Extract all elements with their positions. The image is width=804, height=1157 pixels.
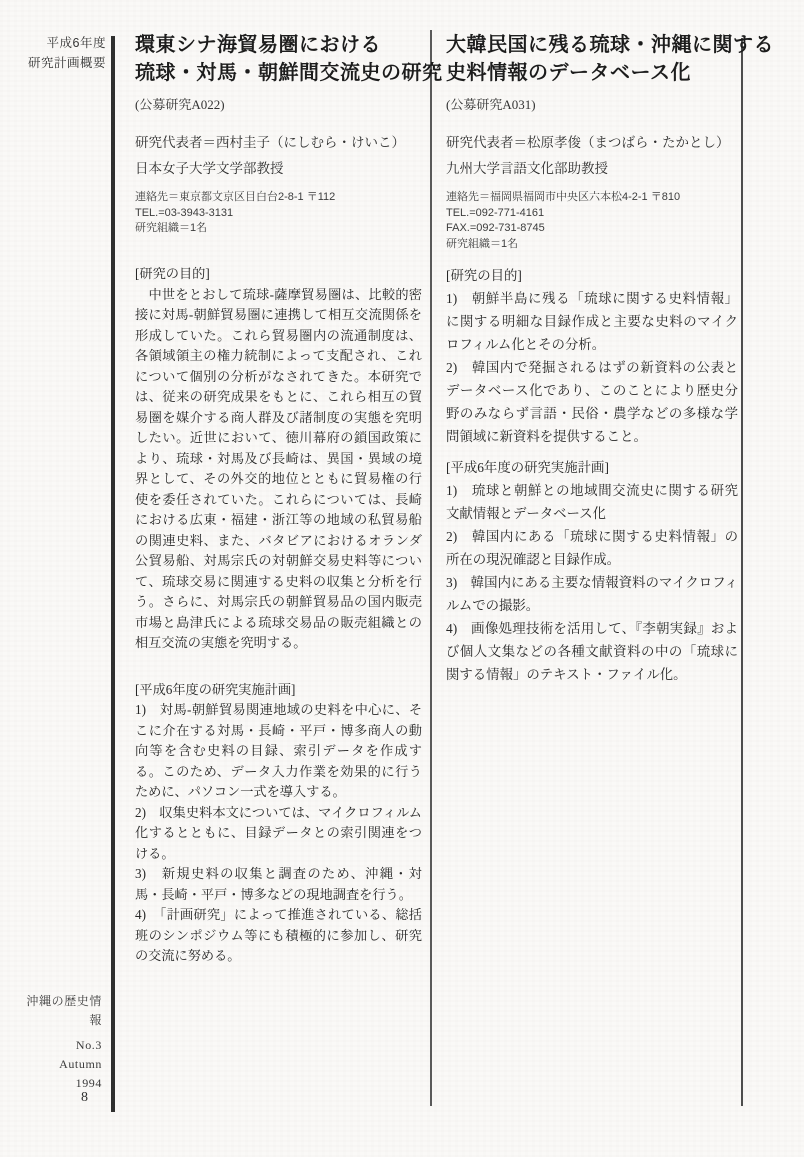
plan-item: 4) 「計画研究」によって推進されている、総括班のシンポジウム等にも積極的に参加…	[135, 905, 422, 967]
article-right-section-plan: [平成6年度の研究実施計画] 1) 琉球と朝鮮との地域間交流史に関する研究文献情…	[446, 456, 738, 686]
article-right-tel: TEL.=092-771-4161	[446, 206, 738, 222]
article-right: 大韓民国に残る琉球・沖縄に関する 史料情報のデータベース化 (公募研究A031)…	[446, 0, 738, 1157]
paragraph: 中世をとおして琉球-薩摩貿易圏は、比較的密接に対馬-朝鮮貿易圏に連携して相互交流…	[135, 285, 422, 654]
plan-item: 2) 収集史料本文については、マイクロフィルム化するとともに、目録データとの索引…	[135, 803, 422, 865]
article-left-title: 環東シナ海貿易圏における 琉球・対馬・朝鮮間交流史の研究	[135, 31, 422, 87]
purpose-item: 1) 朝鮮半島に残る「琉球に関する史料情報」に関する明細な目録作成と主要な史料の…	[446, 287, 738, 356]
article-left-title-line1: 環東シナ海貿易圏における	[135, 31, 422, 59]
footer-issue: No.3	[16, 1036, 102, 1055]
vertical-rule-left	[111, 36, 115, 1112]
article-right-header: 大韓民国に残る琉球・沖縄に関する 史料情報のデータベース化 (公募研究A031)…	[446, 31, 738, 252]
plan-item: 2) 韓国内にある「琉球に関する史料情報」の所在の現況確認と目録作成。	[446, 525, 738, 571]
article-right-fax: FAX.=092-731-8745	[446, 221, 738, 237]
section-heading: [研究の目的]	[446, 264, 738, 287]
purpose-item: 2) 韓国内で発掘されるはずの新資料の公表とデータベース化であり、このことにより…	[446, 356, 738, 448]
margin-header: 平成6年度 研究計画概要	[16, 33, 106, 73]
vertical-rule-right	[741, 38, 743, 1106]
article-right-code: (公募研究A031)	[446, 94, 738, 113]
article-right-body: [研究の目的] 1) 朝鮮半島に残る「琉球に関する史料情報」に関する明細な目録作…	[446, 264, 738, 686]
document-page: 平成6年度 研究計画概要 環東シナ海貿易圏における 琉球・対馬・朝鮮間交流史の研…	[0, 0, 804, 1157]
article-left-affiliation: 日本女子大学文学部教授	[135, 156, 422, 182]
article-right-title-line2: 史料情報のデータベース化	[446, 59, 738, 87]
margin-header-year: 平成6年度	[16, 33, 106, 53]
section-heading: [平成6年度の研究実施計画]	[135, 680, 422, 701]
plan-item: 3) 新規史料の収集と調査のため、沖縄・対馬・長崎・平戸・博多などの現地調査を行…	[135, 864, 422, 905]
article-left-contact-block: 連絡先＝東京都文京区目白台2-8-1 〒112 TEL.=03-3943-313…	[135, 190, 422, 237]
article-right-contact: 連絡先＝福岡県福岡市中央区六本松4-2-1 〒810	[446, 190, 738, 206]
margin-header-label: 研究計画概要	[16, 53, 106, 73]
article-left-title-line2: 琉球・対馬・朝鮮間交流史の研究	[135, 59, 422, 87]
article-left-pi-block: 研究代表者＝西村圭子（にしむら・けいこ） 日本女子大学文学部教授	[135, 130, 422, 182]
footer-journal-title: 沖縄の歴史情報	[16, 992, 102, 1030]
article-left-org: 研究組織＝1名	[135, 221, 422, 237]
page-number: 8	[16, 1090, 88, 1106]
plan-item: 3) 韓国内にある主要な情報資料のマイクロフィルムでの撮影。	[446, 571, 738, 617]
article-left-contact: 連絡先＝東京都文京区目白台2-8-1 〒112	[135, 190, 422, 206]
section-heading: [研究の目的]	[135, 264, 422, 285]
article-left-header: 環東シナ海貿易圏における 琉球・対馬・朝鮮間交流史の研究 (公募研究A022) …	[135, 31, 422, 237]
article-right-pi-block: 研究代表者＝松原孝俊（まつばら・たかとし） 九州大学言語文化部助教授	[446, 130, 738, 182]
article-left-section-plan: [平成6年度の研究実施計画] 1) 対馬-朝鮮貿易関連地域の史料を中心に、そこに…	[135, 680, 422, 967]
article-left-body: [研究の目的] 中世をとおして琉球-薩摩貿易圏は、比較的密接に対馬-朝鮮貿易圏に…	[135, 264, 422, 967]
article-right-section-purpose: [研究の目的] 1) 朝鮮半島に残る「琉球に関する史料情報」に関する明細な目録作…	[446, 264, 738, 448]
footer-colophon: 沖縄の歴史情報 No.3 Autumn 1994	[16, 992, 102, 1093]
section-heading: [平成6年度の研究実施計画]	[446, 456, 738, 479]
article-left-code: (公募研究A022)	[135, 94, 422, 113]
article-right-contact-block: 連絡先＝福岡県福岡市中央区六本松4-2-1 〒810 TEL.=092-771-…	[446, 190, 738, 252]
article-right-title: 大韓民国に残る琉球・沖縄に関する 史料情報のデータベース化	[446, 31, 738, 87]
footer-season: Autumn	[16, 1055, 102, 1074]
plan-item: 4) 画像処理技術を活用して、『李朝実録』および個人文集などの各種文献資料の中の…	[446, 617, 738, 686]
article-left: 環東シナ海貿易圏における 琉球・対馬・朝鮮間交流史の研究 (公募研究A022) …	[135, 0, 422, 1157]
article-left-section-purpose: [研究の目的] 中世をとおして琉球-薩摩貿易圏は、比較的密接に対馬-朝鮮貿易圏に…	[135, 264, 422, 654]
vertical-rule-middle	[430, 30, 432, 1106]
article-right-pi: 研究代表者＝松原孝俊（まつばら・たかとし）	[446, 130, 738, 156]
article-right-org: 研究組織＝1名	[446, 237, 738, 253]
article-left-pi: 研究代表者＝西村圭子（にしむら・けいこ）	[135, 130, 422, 156]
plan-item: 1) 対馬-朝鮮貿易関連地域の史料を中心に、そこに介在する対馬・長崎・平戸・博多…	[135, 700, 422, 803]
article-left-tel: TEL.=03-3943-3131	[135, 206, 422, 222]
plan-item: 1) 琉球と朝鮮との地域間交流史に関する研究文献情報とデータベース化	[446, 479, 738, 525]
article-right-title-line1: 大韓民国に残る琉球・沖縄に関する	[446, 31, 738, 59]
article-right-affiliation: 九州大学言語文化部助教授	[446, 156, 738, 182]
